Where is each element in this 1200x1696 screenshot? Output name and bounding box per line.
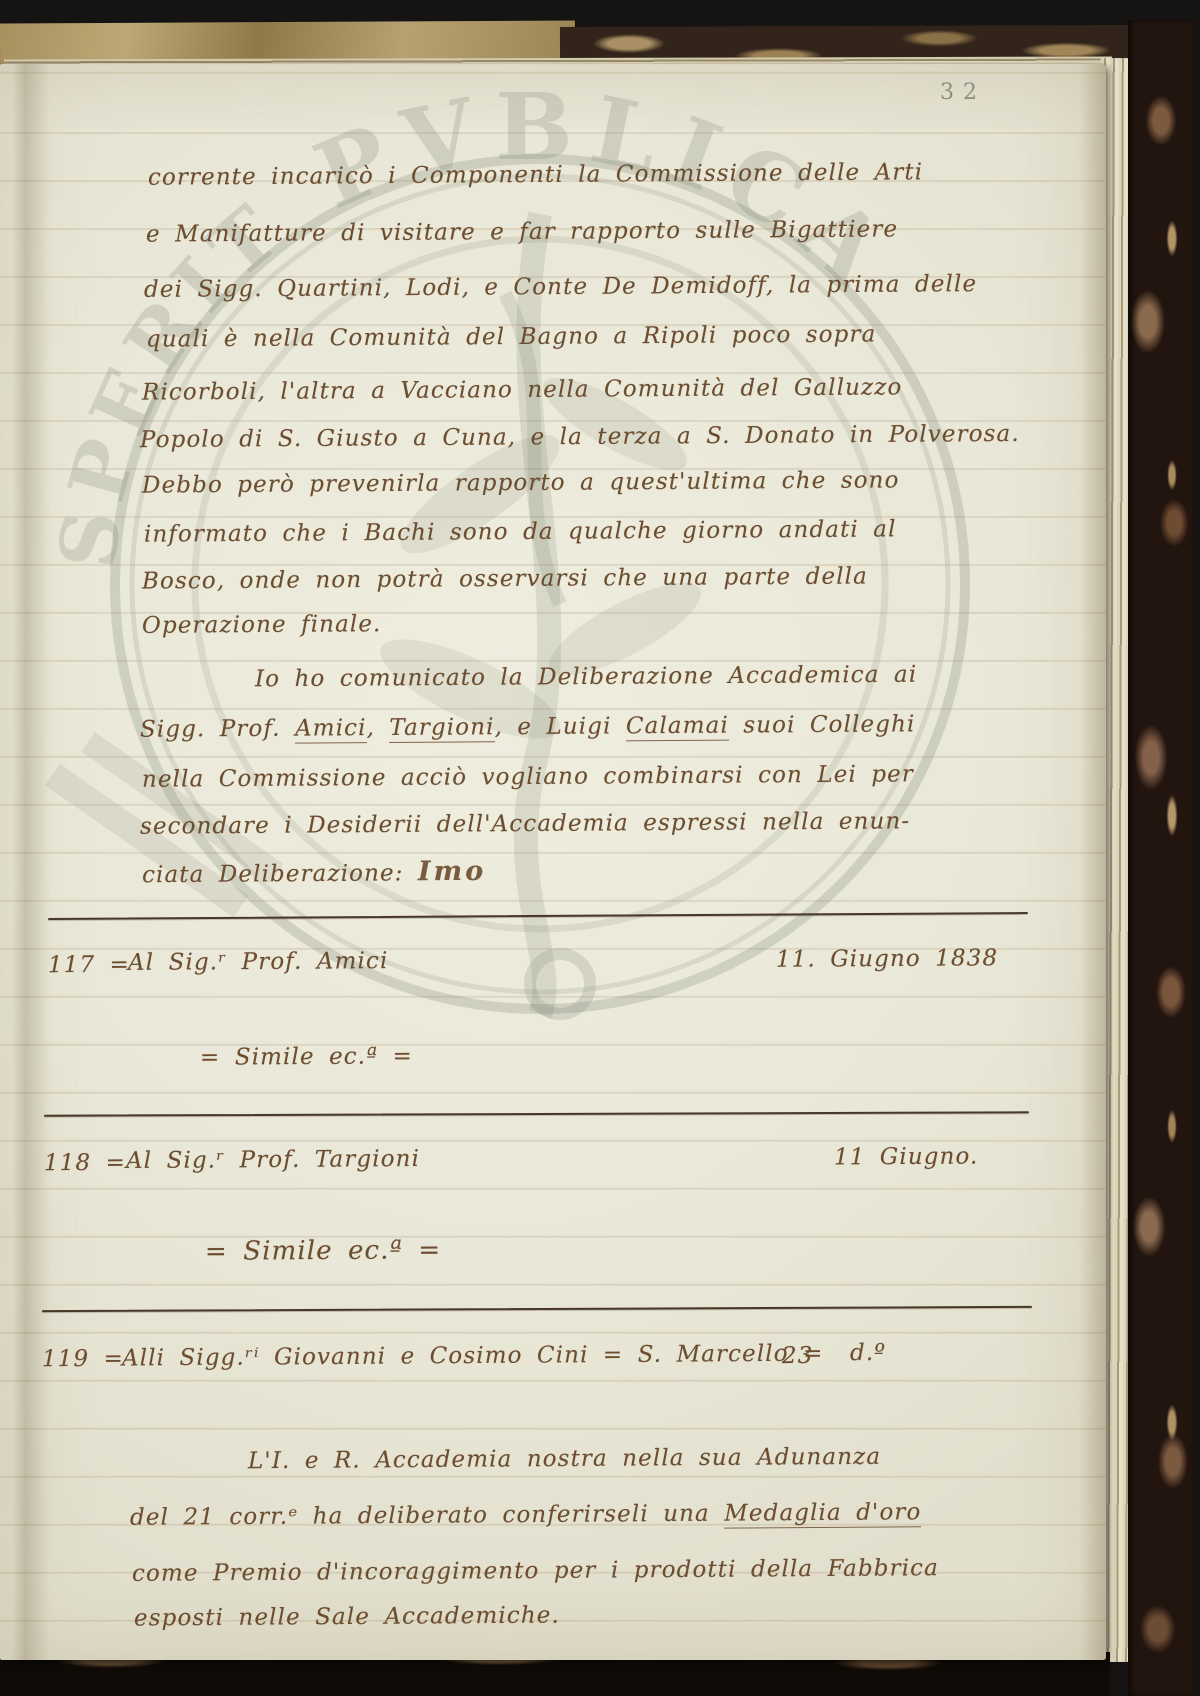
manuscript-line: Popolo di S. Giusto a Cuna, e la terza a…	[140, 421, 1020, 453]
marbled-cover-strip	[1128, 20, 1194, 1696]
page-number: 32	[940, 80, 986, 105]
underlined-medaglia-doro: Medaglia d'oro	[724, 1499, 921, 1528]
manuscript-line: dei Sigg. Quartini, Lodi, e Conte De Dem…	[144, 271, 977, 303]
entry-recipient: Alli Sigg.ʳⁱ Giovanni e Cosimo Cini = S.…	[122, 1341, 824, 1372]
line12-pre: Sigg. Prof.	[140, 716, 295, 743]
manuscript-line: Io ho comunicato la Deliberazione Accade…	[255, 662, 917, 693]
manuscript-line-names: Sigg. Prof. Amici, Targioni, e Luigi Cal…	[140, 711, 916, 742]
gutter-shadow	[12, 64, 50, 1660]
entry-recipient: Al Sig.ʳ Prof. Targioni	[126, 1146, 420, 1174]
scan-background: { "page_meta": { "page_number": "32" }, …	[0, 0, 1200, 1696]
manuscript-line: e Manifatture di visitare e far rapporto…	[146, 216, 898, 247]
manuscript-line: quali è nella Comunità del Bagno a Ripol…	[146, 321, 877, 352]
underlined-name-targioni: Targioni	[389, 714, 494, 743]
entry-number: 117 =	[48, 952, 130, 979]
manuscript-line: Ricorboli, l'altra a Vacciano nella Comu…	[142, 374, 903, 405]
underlined-name-amici: Amici	[295, 715, 367, 743]
manuscript-line: Debbo però prevenirla rapporto a quest'u…	[142, 467, 900, 498]
manuscript-line: secondare i Desiderii dell'Accademia esp…	[140, 808, 910, 839]
divider-rule	[44, 1111, 1029, 1117]
manuscript-line-medal: del 21 corr.ᵉ ha deliberato conferirseli…	[130, 1499, 922, 1531]
entry-date-day: 23	[782, 1343, 814, 1369]
line12-post: suoi Colleghi	[729, 711, 916, 738]
underlined-name-calamai: Calamai	[626, 713, 729, 742]
simile-note: = Simile ec.ª =	[200, 1043, 413, 1070]
manuscript-line: L'I. e R. Accademia nostra nella sua Adu…	[248, 1444, 881, 1474]
line-medal-pre: del 21 corr.ᵉ ha deliberato conferirseli…	[130, 1501, 724, 1531]
entry-date: 11. Giugno 1838	[776, 945, 998, 973]
entry-number: 118 =	[44, 1150, 126, 1177]
line12-sep2: , e Luigi	[494, 713, 626, 740]
entry-recipient: Al Sig.ʳ Prof. Amici	[128, 948, 389, 976]
line15-pre: ciata Deliberazione:	[142, 860, 418, 888]
entry-date: 11 Giugno.	[833, 1143, 978, 1170]
manuscript-line-closing: ciata Deliberazione: Imo	[142, 856, 486, 889]
manuscript-line: informato che i Bachi sono da qualche gi…	[144, 516, 897, 547]
simile-note: = Simile ec.ª =	[205, 1235, 441, 1267]
manuscript-line: Bosco, onde non potrà osservarsi che una…	[142, 563, 868, 594]
manuscript-line: esposti nelle Sale Accademiche.	[134, 1603, 560, 1632]
page-sheet: SPERIT PVBLICA 32 corrente incaricò i Co…	[0, 64, 1106, 1660]
closing-flourish: Imo	[418, 856, 486, 887]
seal-rosette	[530, 954, 590, 1014]
entry-number: 119 =	[42, 1346, 124, 1373]
line12-sep1: ,	[366, 715, 389, 741]
divider-rule	[42, 1306, 1032, 1313]
manuscript-line: come Premio d'incoraggimento per i prodo…	[132, 1555, 939, 1587]
cover-tan-chips	[1164, 120, 1180, 1600]
divider-rule	[48, 912, 1028, 920]
manuscript-line: Operazione finale.	[142, 611, 382, 639]
manuscript-line: nella Commissione acciò vogliano combina…	[142, 761, 914, 792]
manuscript-line: corrente incaricò i Componenti la Commis…	[148, 159, 923, 190]
page-right-edge-shadow	[1080, 64, 1106, 1660]
entry-date-suffix: d.º	[850, 1340, 886, 1366]
